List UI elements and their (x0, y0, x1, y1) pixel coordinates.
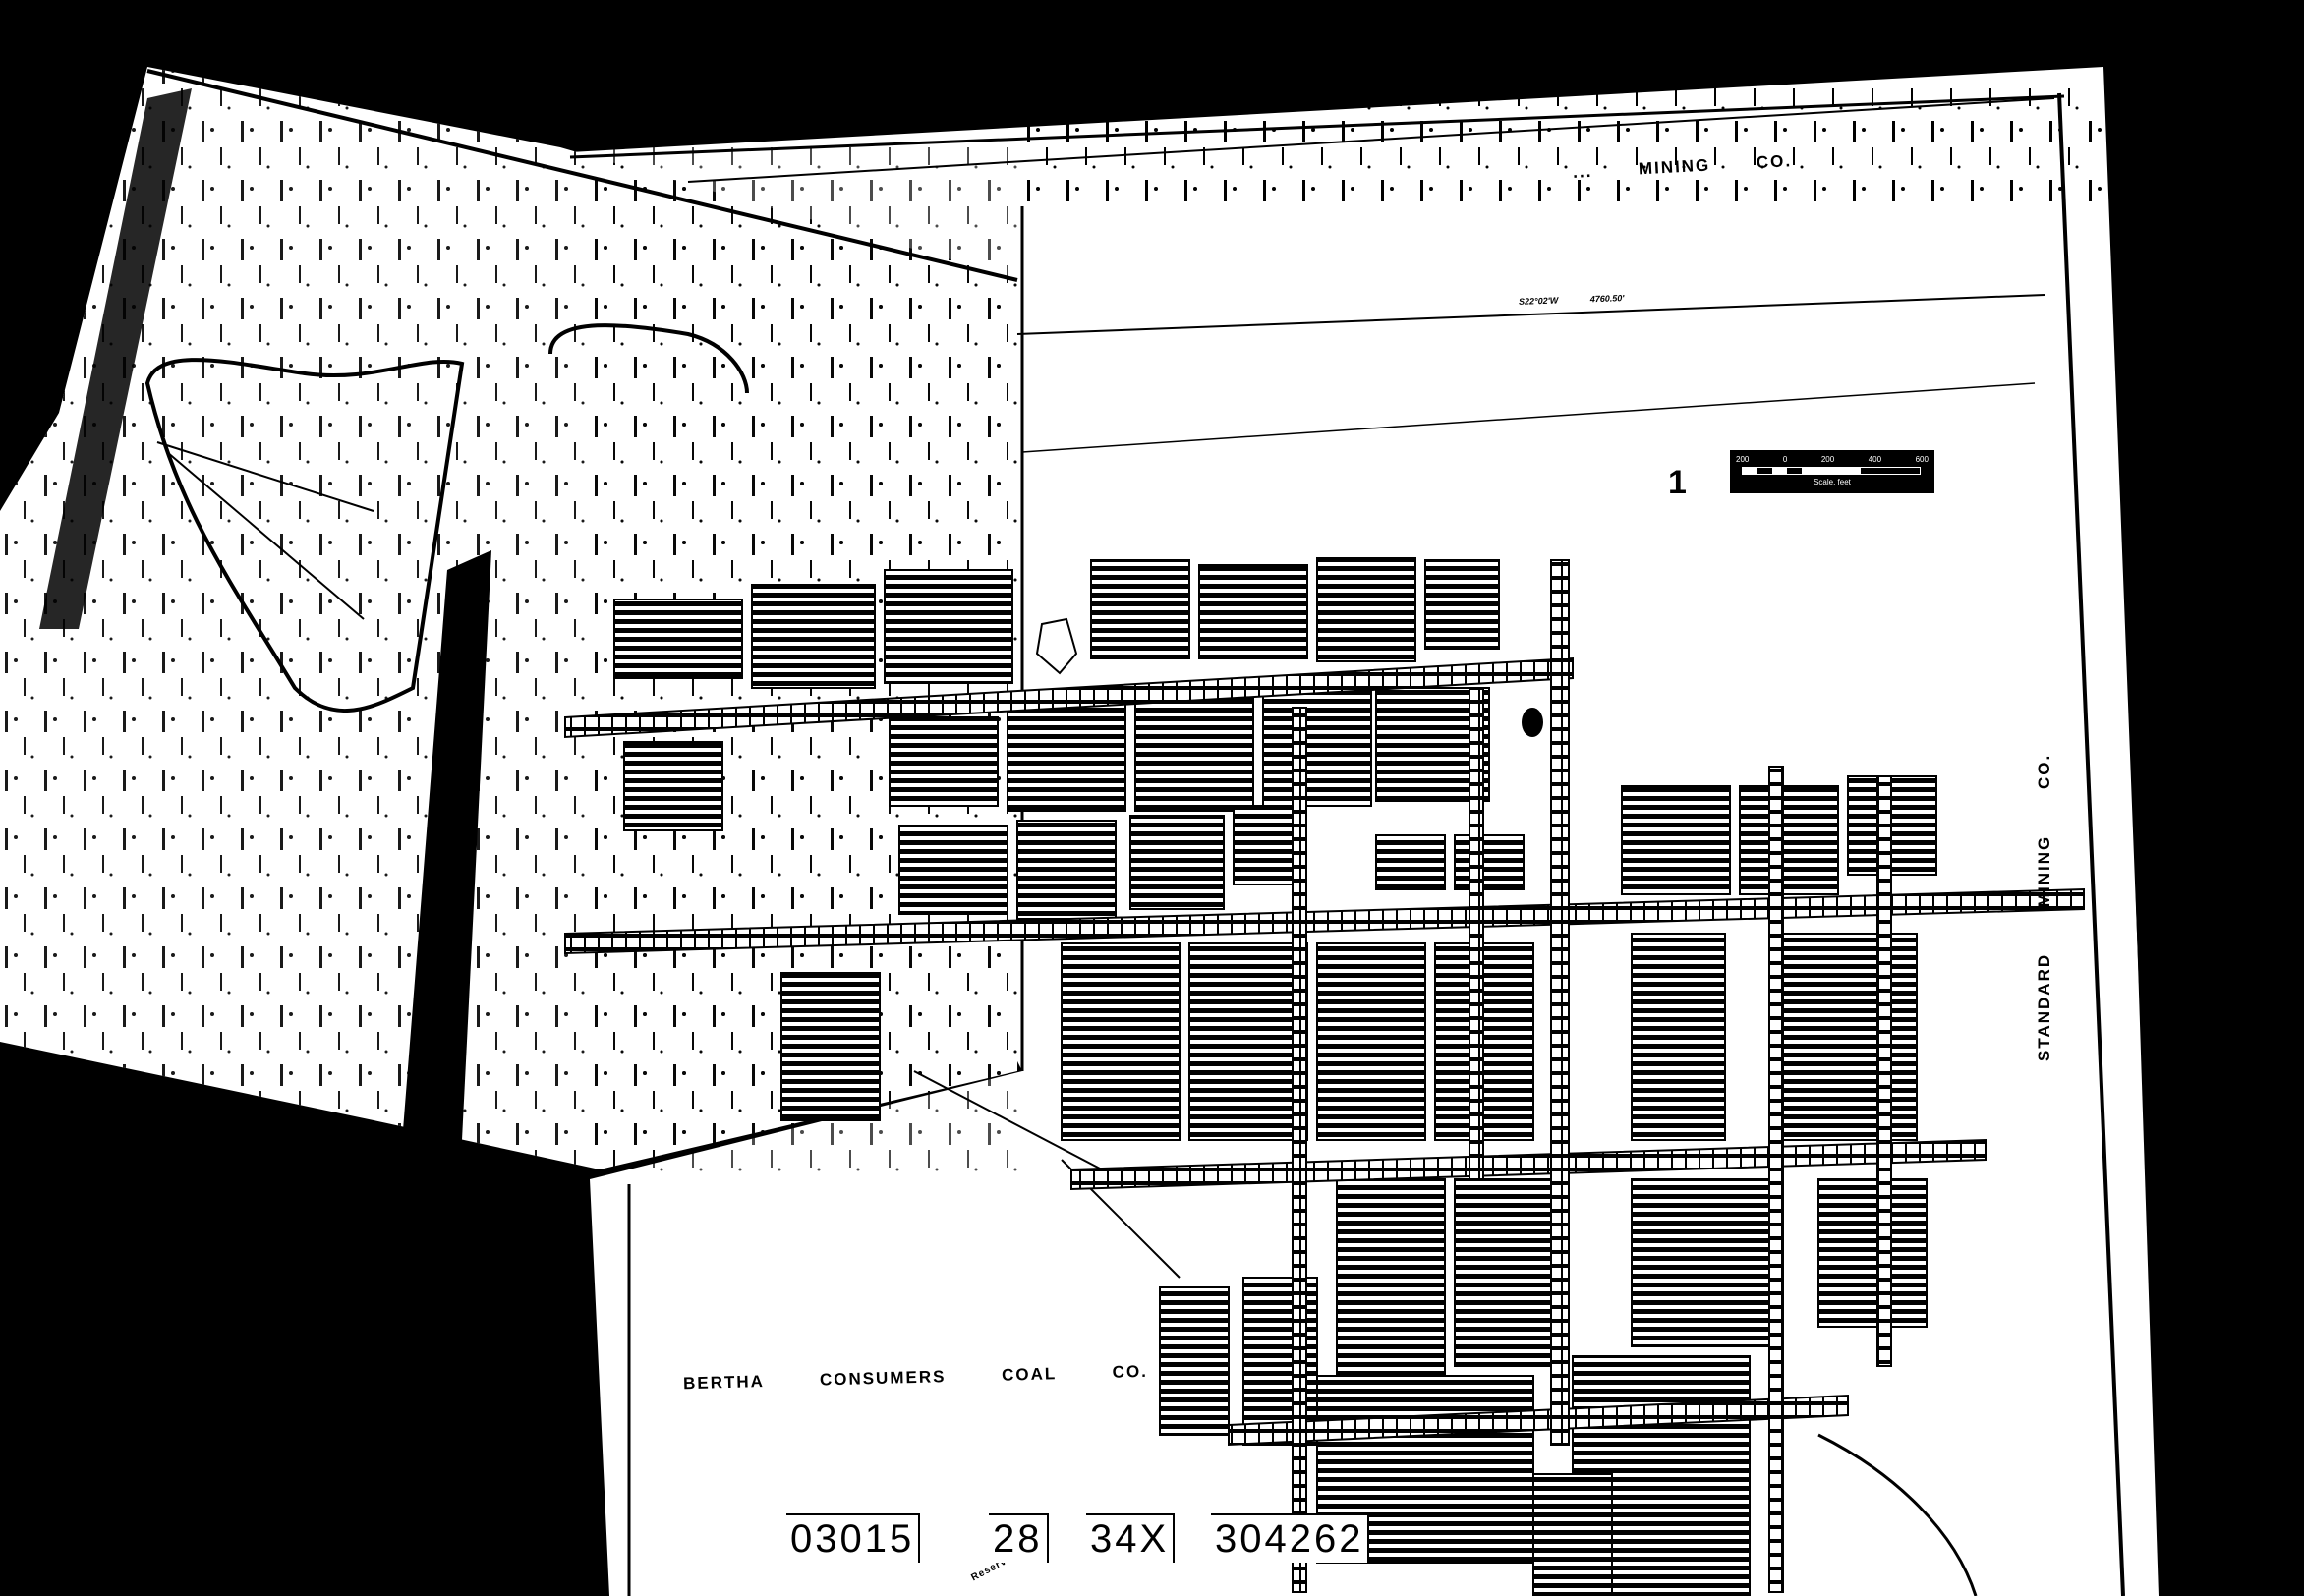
scale-bar-graphic (1742, 467, 1921, 475)
index-code-3: 34X (1086, 1513, 1175, 1563)
adjacent-company-label-right: STANDARD MINING CO. (2035, 754, 2054, 1061)
scale-tick: 200 (1736, 455, 1749, 464)
distance-value: 4760.50' (1590, 293, 1625, 304)
scale-tick: 400 (1869, 455, 1881, 464)
mine-map (0, 0, 2304, 1596)
index-code-4: 304262 (1211, 1513, 1369, 1563)
scale-tick: 200 (1821, 455, 1834, 464)
scale-tick: 0 (1783, 455, 1787, 464)
index-code-1: 03015 (786, 1513, 920, 1563)
shaft-marker (1522, 708, 1543, 737)
index-code-2: 28 (989, 1513, 1049, 1563)
sheet-number: 1 (1668, 464, 1689, 502)
scale-tick: 600 (1916, 455, 1929, 464)
scale-caption: Scale, feet (1730, 478, 1934, 486)
scale-ticks: 200 0 200 400 600 (1736, 455, 1929, 464)
scale-bar: 200 0 200 400 600 Scale, feet (1730, 450, 1934, 493)
bearing-value: S22°02'W (1519, 295, 1559, 306)
